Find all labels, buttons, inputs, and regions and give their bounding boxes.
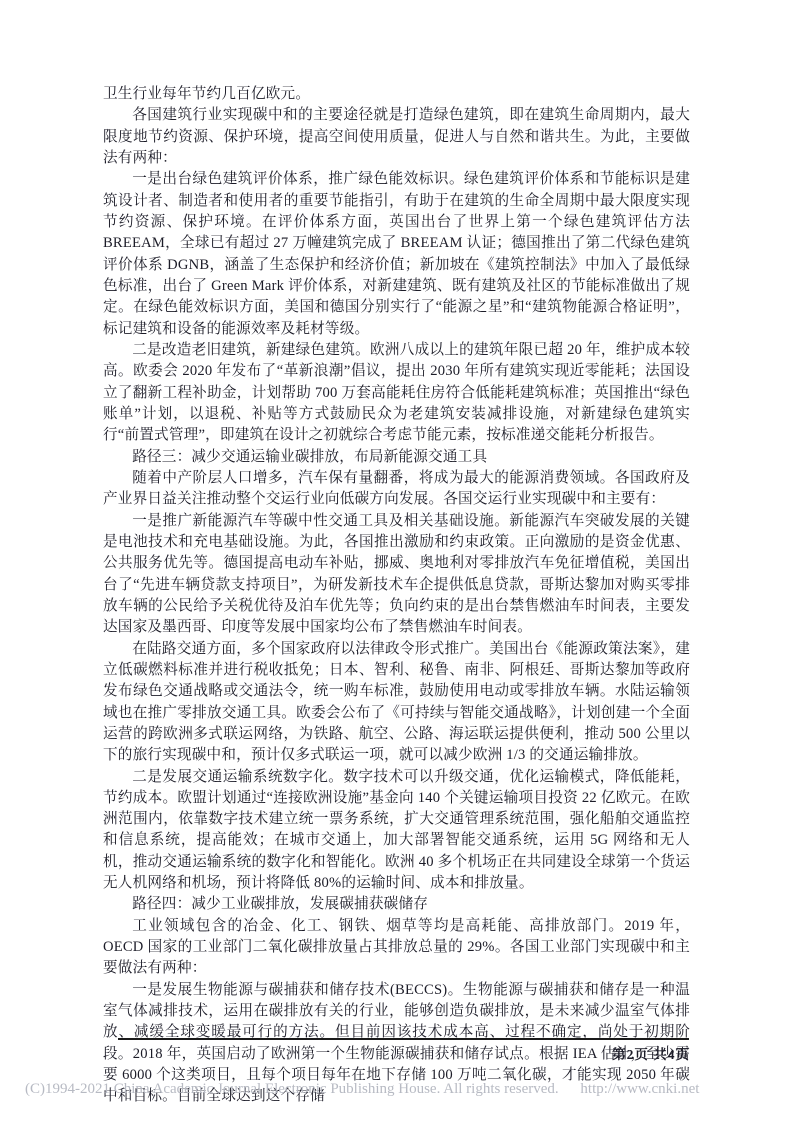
paragraph: 各国建筑行业实现碳中和的主要途径就是打造绿色建筑，即在建筑生命周期内，最大限度地… xyxy=(103,105,690,169)
copyright-watermark: (C)1994-2021 China Academic Journal Elec… xyxy=(25,1081,693,1098)
paragraph: 工业领域包含的冶金、化工、钢铁、烟草等均是高耗能、高排放部门。2019 年，OE… xyxy=(103,916,690,980)
paragraph: 二是改造老旧建筑，新建绿色建筑。欧洲八成以上的建筑年限已超 20 年，维护成本较… xyxy=(103,340,690,447)
document-page: 卫生行业每年节约几百亿欧元。各国建筑行业实现碳中和的主要途径就是打造绿色建筑，即… xyxy=(0,0,793,1122)
paragraph: 一是出台绿色建筑评价体系，推广绿色能效标识。绿色建筑评价体系和节能标识是建筑设计… xyxy=(103,169,690,340)
paragraph-continuation: 卫生行业每年节约几百亿欧元。 xyxy=(103,84,690,105)
page-number: 第2页 共4页 xyxy=(612,1043,690,1063)
paragraph: 二是发展交通运输系统数字化。数字技术可以升级交通，优化运输模式，降低能耗，节约成… xyxy=(103,767,690,895)
footer-divider xyxy=(118,1038,689,1040)
paragraph: 随着中产阶层人口增多，汽车保有量翻番，将成为最大的能源消费领域。各国政府及产业界… xyxy=(103,468,690,511)
copyright-text: (C)1994-2021 China Academic Journal Elec… xyxy=(25,1081,559,1097)
section-heading: 路径三：减少交通运输业碳排放，布局新能源交通工具 xyxy=(103,447,690,468)
paragraph: 一是推广新能源汽车等碳中性交通工具及相关基础设施。新能源汽车突破发展的关键是电池… xyxy=(103,511,690,639)
cnki-url: http://www.cnki.net xyxy=(580,1081,699,1097)
section-heading: 路径四：减少工业碳排放，发展碳捕获碳储存 xyxy=(103,894,690,915)
paragraph: 在陆路交通方面，多个国家政府以法律政令形式推广。美国出台《能源政策法案》，建立低… xyxy=(103,639,690,767)
document-body: 卫生行业每年节约几百亿欧元。各国建筑行业实现碳中和的主要途径就是打造绿色建筑，即… xyxy=(103,84,690,1108)
